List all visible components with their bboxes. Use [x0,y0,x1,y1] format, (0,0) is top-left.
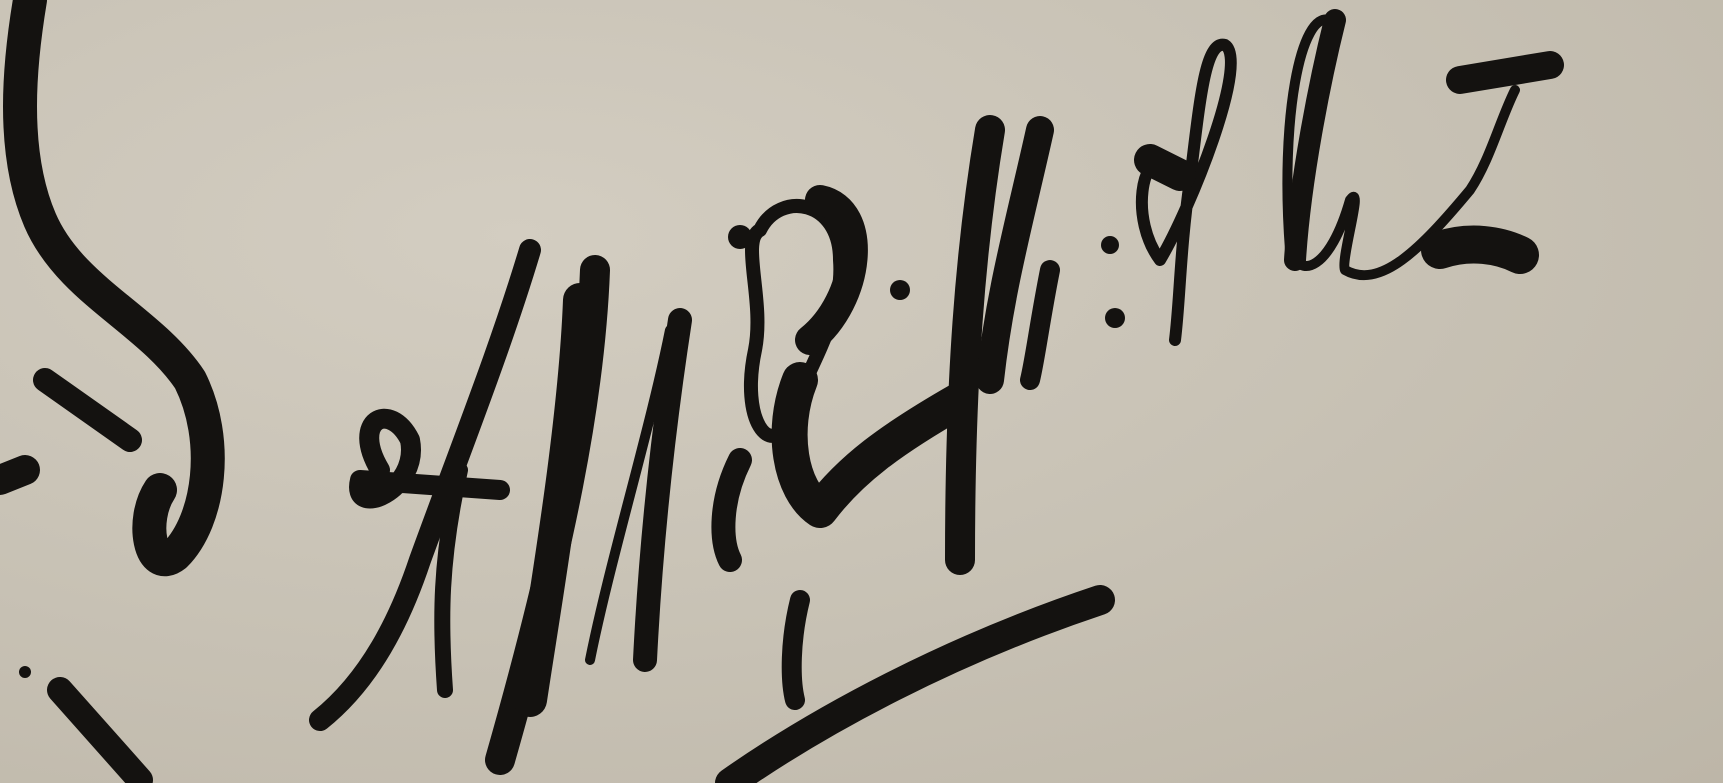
ink-signature [0,0,1723,783]
paper-background: Appelplez [0,0,1723,783]
